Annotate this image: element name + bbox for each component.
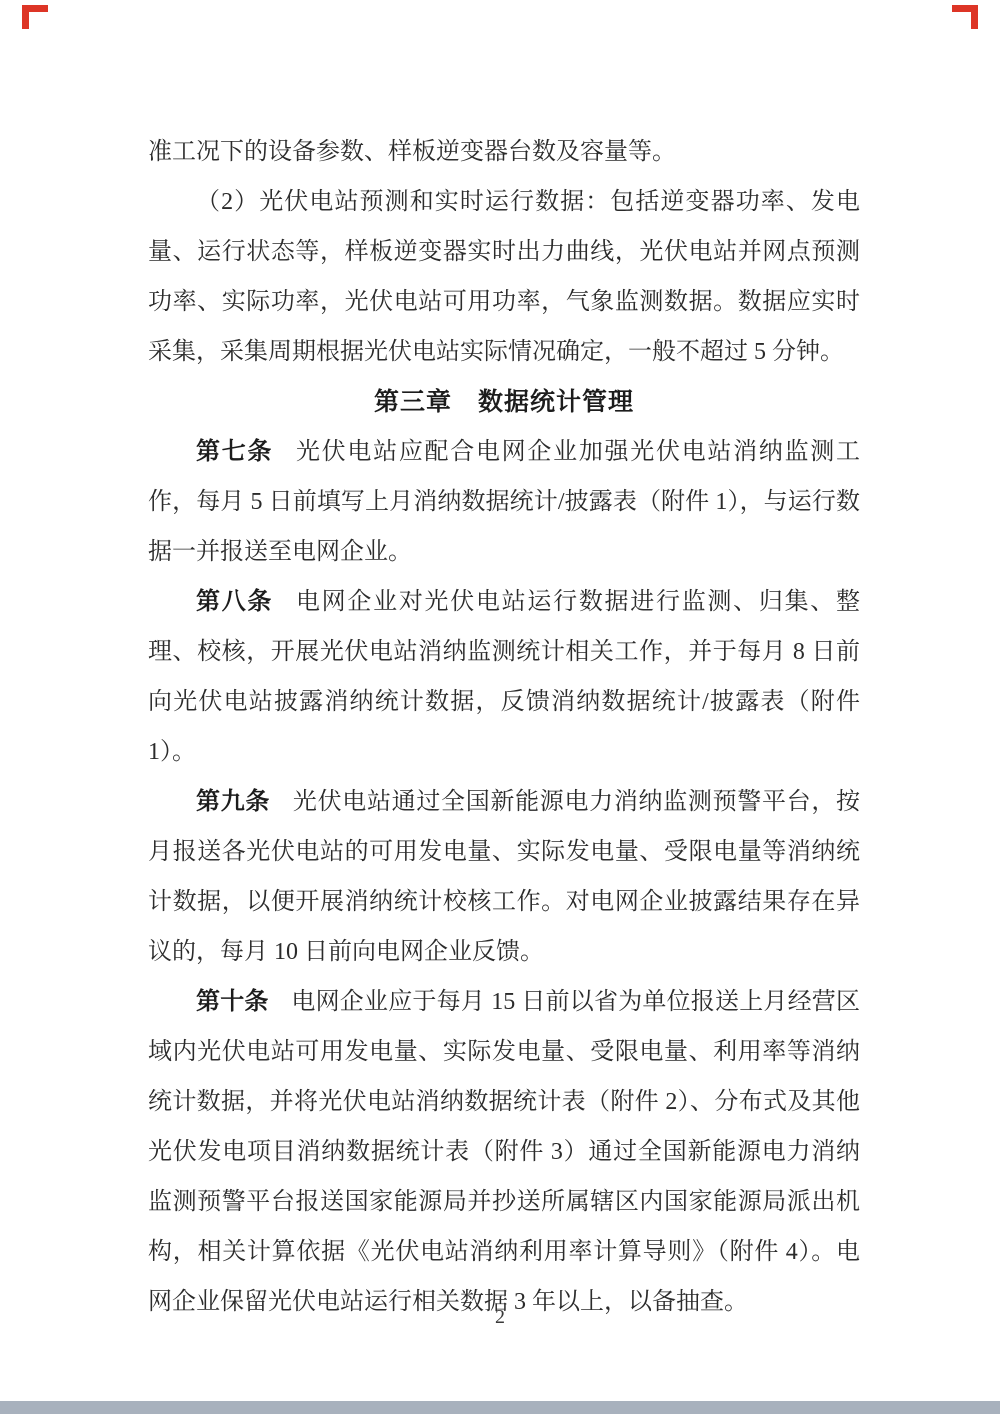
- document-page: 准工况下的设备参数、样板逆变器台数及容量等。 （2）光伏电站预测和实时运行数据：…: [0, 0, 1000, 1414]
- article-8-text: 电网企业对光伏电站运行数据进行监测、归集、整理、校核，开展光伏电站消纳监测统计相…: [148, 589, 860, 765]
- article-7-label: 第七条: [196, 438, 273, 465]
- article-8-paragraph: 第八条电网企业对光伏电站运行数据进行监测、归集、整理、校核，开展光伏电站消纳监测…: [148, 577, 860, 777]
- continuation-paragraph: 准工况下的设备参数、样板逆变器台数及容量等。: [148, 127, 860, 177]
- item-2-paragraph: （2）光伏电站预测和实时运行数据：包括逆变器功率、发电量、运行状态等，样板逆变器…: [148, 177, 860, 377]
- chapter-heading: 第三章 数据统计管理: [148, 377, 860, 427]
- red-corner-mark-left: [22, 5, 48, 29]
- red-corner-mark-right: [952, 5, 978, 29]
- page-number: 2: [0, 1303, 1000, 1331]
- article-9-label: 第九条: [196, 788, 270, 815]
- article-10-label: 第十条: [196, 988, 269, 1015]
- bottom-edge-strip: [0, 1401, 1000, 1414]
- article-10-text: 电网企业应于每月 15 日前以省为单位报送上月经营区域内光伏电站可用发电量、实际…: [148, 989, 860, 1315]
- document-body: 准工况下的设备参数、样板逆变器台数及容量等。 （2）光伏电站预测和实时运行数据：…: [148, 127, 860, 1327]
- article-10-paragraph: 第十条电网企业应于每月 15 日前以省为单位报送上月经营区域内光伏电站可用发电量…: [148, 977, 860, 1327]
- article-8-label: 第八条: [196, 588, 273, 615]
- article-9-text: 光伏电站通过全国新能源电力消纳监测预警平台，按月报送各光伏电站的可用发电量、实际…: [148, 789, 860, 965]
- article-7-paragraph: 第七条光伏电站应配合电网企业加强光伏电站消纳监测工作，每月 5 日前填写上月消纳…: [148, 427, 860, 577]
- article-9-paragraph: 第九条光伏电站通过全国新能源电力消纳监测预警平台，按月报送各光伏电站的可用发电量…: [148, 777, 860, 977]
